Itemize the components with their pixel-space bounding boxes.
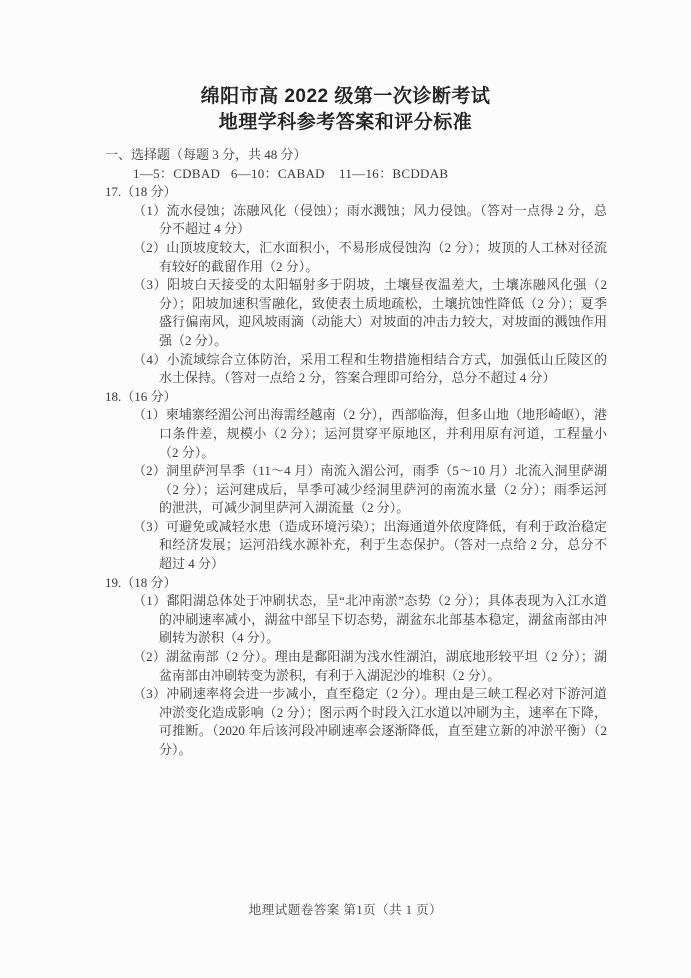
question-19-item-2: （2）湖盆南部（2 分）。理由是鄱阳湖为浅水性湖泊，湖底地形较平坦（2 分）；湖… — [133, 648, 607, 685]
question-18-item-3: （3）可避免或减轻水患（造成环境污染）；出海通道外依度降低，有利于政治稳定和经济… — [133, 518, 607, 574]
exam-title-line1: 绵阳市高 2022 级第一次诊断考试 — [0, 84, 691, 110]
mcq-answer-key: 1—5：CDBAD 6—10：CABAD 11—16：BCDDAB — [133, 165, 607, 184]
question-19-heading: 19.（18 分） — [105, 574, 607, 593]
question-18-item-2: （2）洞里萨河旱季（11～4 月）南流入湄公河，雨季（5～10 月）北流入洞里萨… — [133, 462, 607, 518]
mcq-section-heading: 一、选择题（每题 3 分，共 48 分） — [105, 146, 607, 165]
question-17: 17.（18 分） （1）流水侵蚀；冻融风化（侵蚀）；雨水溅蚀；风力侵蚀。（答对… — [105, 183, 607, 388]
question-18: 18.（16 分） （1）柬埔寨经湄公河出海需经越南（2 分），西部临海，但多山… — [105, 388, 607, 574]
exam-title-line2: 地理学科参考答案和评分标准 — [0, 110, 691, 136]
question-19-item-3: （3）冲刷速率将会进一步减小，直至稳定（2 分）。理由是三峡工程必对下游河道冲淤… — [133, 685, 607, 759]
document-title: 绵阳市高 2022 级第一次诊断考试 地理学科参考答案和评分标准 — [0, 84, 691, 136]
question-19: 19.（18 分） （1）鄱阳湖总体处于冲刷状态，呈“北冲南淤”态势（2 分）；… — [105, 574, 607, 760]
question-17-item-3: （3）阳坡白天接受的太阳辐射多于阴坡，土壤昼夜温差大，土壤冻融风化强（2 分）；… — [133, 276, 607, 350]
question-19-item-1: （1）鄱阳湖总体处于冲刷状态，呈“北冲南淤”态势（2 分）；具体表现为入江水道的… — [133, 592, 607, 648]
answer-content: 一、选择题（每题 3 分，共 48 分） 1—5：CDBAD 6—10：CABA… — [105, 146, 607, 760]
question-17-item-4: （4）小流域综合立体防治，采用工程和生物措施相结合方式，加强低山丘陵区的水土保持… — [133, 351, 607, 388]
page-footer: 地理试题卷答案 第1页（共 1 页） — [0, 900, 691, 918]
question-17-item-1: （1）流水侵蚀；冻融风化（侵蚀）；雨水溅蚀；风力侵蚀。（答对一点得 2 分，总分… — [133, 202, 607, 239]
question-17-item-2: （2）山顶坡度较大，汇水面积小，不易形成侵蚀沟（2 分）；坡顶的人工林对径流有较… — [133, 239, 607, 276]
question-17-heading: 17.（18 分） — [105, 183, 607, 202]
exam-answer-page: 绵阳市高 2022 级第一次诊断考试 地理学科参考答案和评分标准 一、选择题（每… — [0, 0, 691, 978]
question-18-item-1: （1）柬埔寨经湄公河出海需经越南（2 分），西部临海，但多山地（地形崎岖），港口… — [133, 406, 607, 462]
question-18-heading: 18.（16 分） — [105, 388, 607, 407]
